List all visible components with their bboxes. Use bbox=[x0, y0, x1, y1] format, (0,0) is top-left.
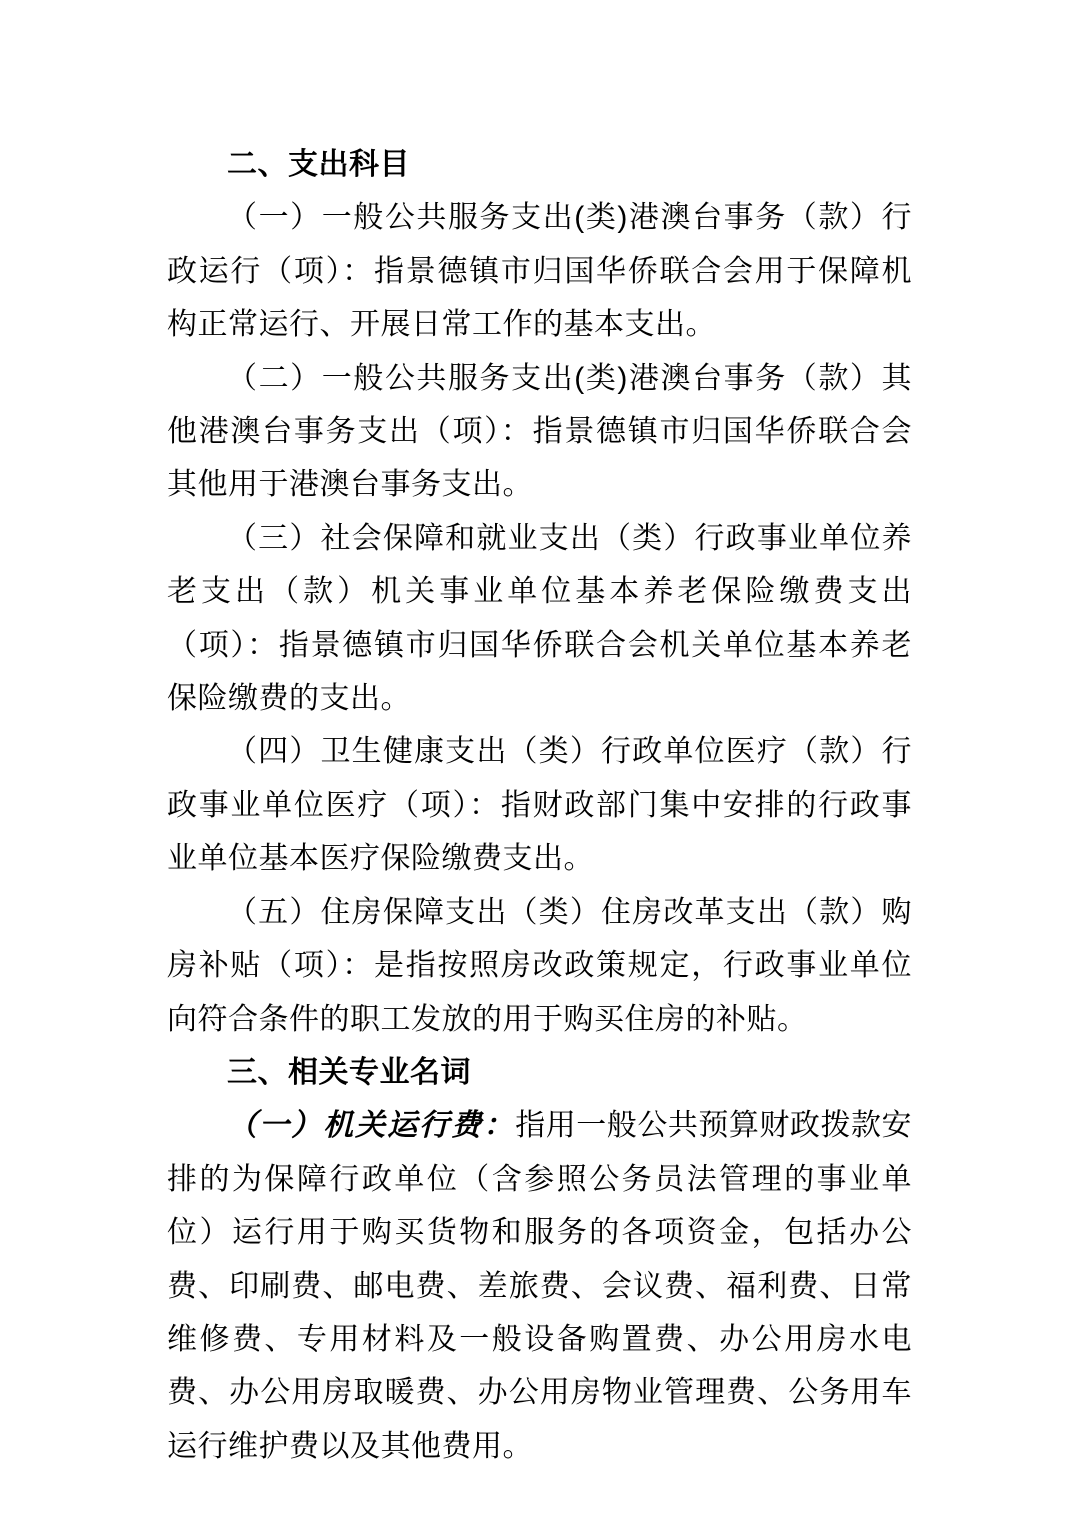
expenditure-item-5: （五）住房保障支出（类）住房改革支出（款）购房补贴（项）：是指按照房改政策规定，… bbox=[167, 886, 912, 1046]
expenditure-item-2: （二）一般公共服务支出(类)港澳台事务（款）其他港澳台事务支出（项）：指景德镇市… bbox=[167, 352, 912, 512]
term-definition-text: 指用一般公共预算财政拨款安排的为保障行政单位（含参照公务员法管理的事业单位）运行… bbox=[167, 1109, 912, 1462]
document-body: 二、支出科目 （一）一般公共服务支出(类)港澳台事务（款）行政运行（项）：指景德… bbox=[167, 138, 912, 1473]
term-name-lead: （一）机关运行费： bbox=[227, 1109, 515, 1142]
term-definition-paragraph: （一）机关运行费：指用一般公共预算财政拨款安排的为保障行政单位（含参照公务员法管… bbox=[167, 1099, 912, 1473]
expenditure-item-4: （四）卫生健康支出（类）行政单位医疗（款）行政事业单位医疗（项）：指财政部门集中… bbox=[167, 725, 912, 885]
heading-related-terms: 三、相关专业名词 bbox=[167, 1046, 912, 1099]
expenditure-item-3: （三）社会保障和就业支出（类）行政事业单位养老支出（款）机关事业单位基本养老保险… bbox=[167, 512, 912, 726]
expenditure-item-1: （一）一般公共服务支出(类)港澳台事务（款）行政运行（项）：指景德镇市归国华侨联… bbox=[167, 191, 912, 351]
heading-expenditure-categories: 二、支出科目 bbox=[167, 138, 912, 191]
document-page: 二、支出科目 （一）一般公共服务支出(类)港澳台事务（款）行政运行（项）：指景德… bbox=[0, 0, 1074, 1520]
